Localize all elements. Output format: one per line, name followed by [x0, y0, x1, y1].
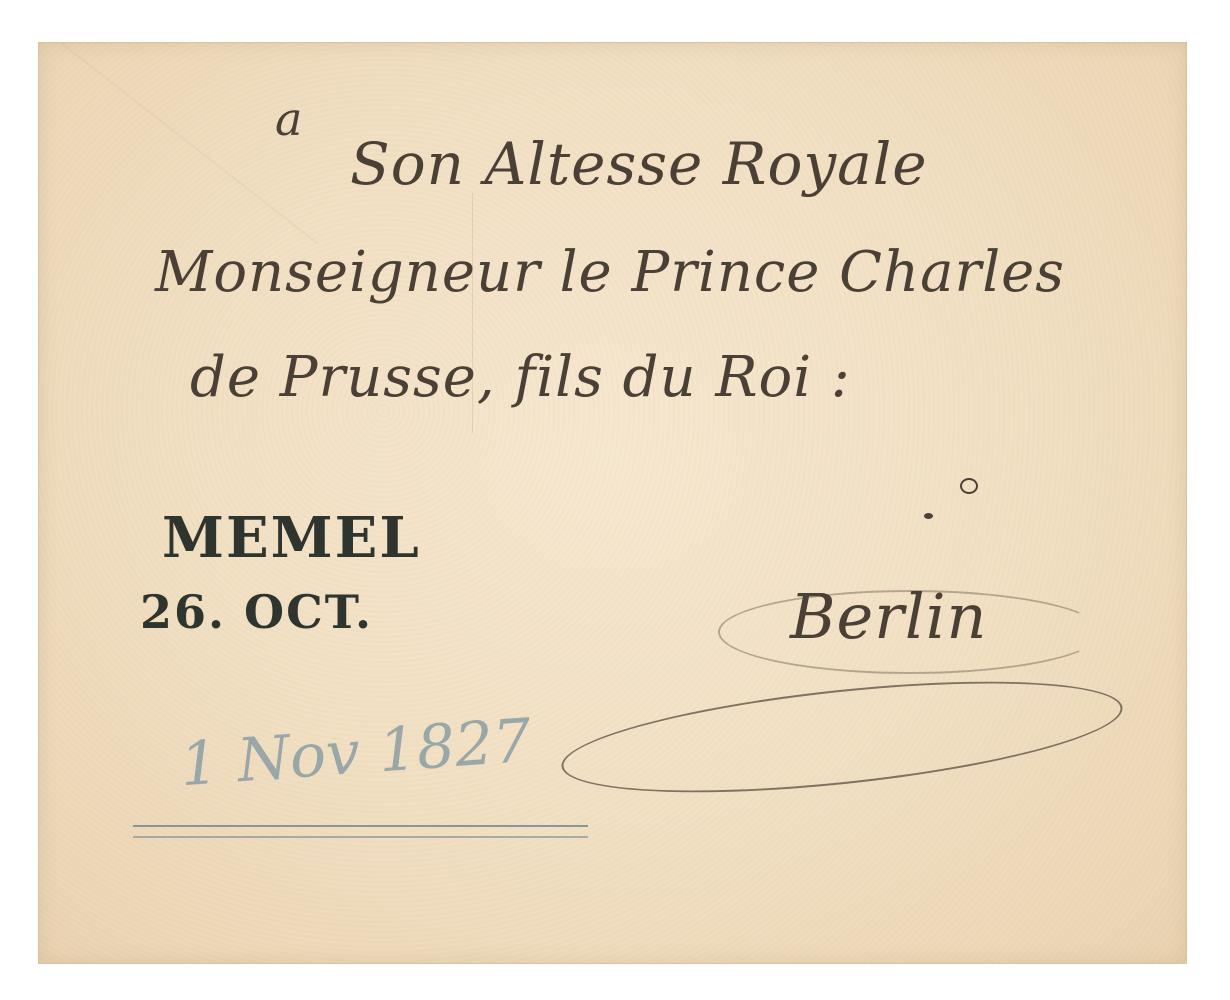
pencil-rule — [133, 825, 588, 827]
address-line-3: de Prusse, fils du Roi : — [190, 345, 851, 410]
address-line-1: Son Altesse Royale — [350, 130, 928, 198]
postmark-date: 26. OCT. — [140, 585, 373, 639]
postmark-city: MEMEL — [162, 505, 421, 571]
address-prefix: a — [275, 92, 303, 146]
address-line-2: Monseigneur le Prince Charles — [155, 240, 1065, 305]
pencil-rule — [133, 836, 588, 838]
ink-dot — [924, 513, 933, 519]
ink-mark — [960, 478, 978, 494]
destination-city: Berlin — [790, 580, 987, 653]
